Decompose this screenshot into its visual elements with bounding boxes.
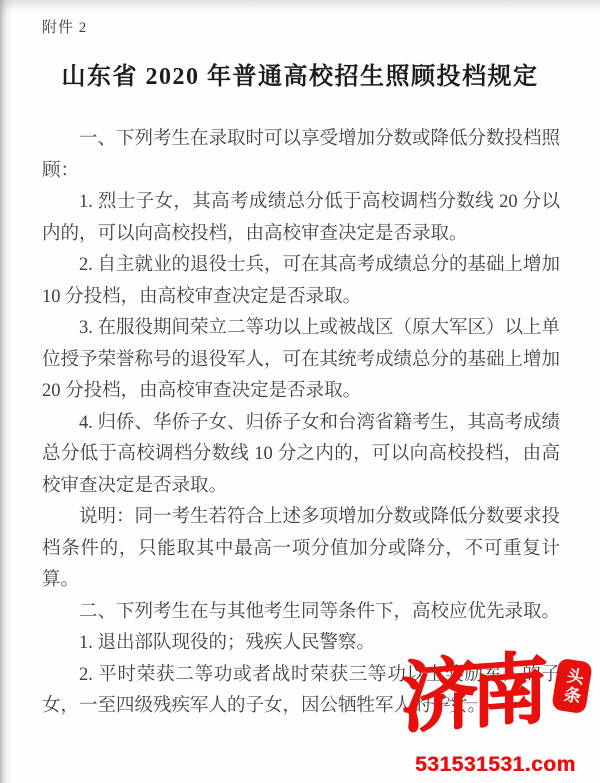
document-title: 山东省 2020 年普通高校招生照顾投档规定	[0, 56, 600, 91]
watermark-url: 531531531.com	[415, 753, 576, 777]
paragraph-section2-heading: 二、下列考生在与其他考生同等条件下，高校应优先录取。	[42, 597, 560, 629]
paragraph-note: 说明：同一考生若符合上述多项增加分数或降低分数要求投档条件的，只能取其中最高一项…	[42, 502, 560, 597]
paragraph-item4-overseas-chinese: 4. 归侨、华侨子女、归侨子女和台湾省籍考生，其高考成绩总分低于高校调档分数线 …	[42, 408, 560, 503]
jinan-toutiao-watermark: 济南 头条 531531531.com	[395, 640, 600, 783]
document-body: 一、下列考生在录取时可以享受增加分数或降低分数投档照顾： 1. 烈士子女，其高考…	[42, 124, 560, 723]
paragraph-section1-heading: 一、下列考生在录取时可以享受增加分数或降低分数投档照顾：	[42, 124, 560, 187]
seal-text: 头条	[557, 665, 588, 706]
jinan-logo-text: 济南	[400, 643, 540, 745]
attachment-label: 附件 2	[42, 16, 87, 37]
paragraph-item1-martyr-children: 1. 烈士子女，其高考成绩总分低于高校调档分数线 20 分以内的，可以向高校投档…	[42, 187, 560, 250]
document-page: 附件 2 山东省 2020 年普通高校招生照顾投档规定 一、下列考生在录取时可以…	[0, 0, 600, 783]
toutiao-seal-icon: 头条	[551, 658, 593, 715]
scan-shadow-left	[0, 0, 14, 783]
paragraph-item3-honored-veterans: 3. 在服役期间荣立二等功以上或被战区（原大军区）以上单位授予荣誉称号的退役军人…	[42, 313, 560, 408]
paragraph-item2-veterans: 2. 自主就业的退役士兵，可在其高考成绩总分的基础上增加 10 分投档，由高校审…	[42, 250, 560, 313]
scan-shadow-top	[0, 0, 600, 12]
